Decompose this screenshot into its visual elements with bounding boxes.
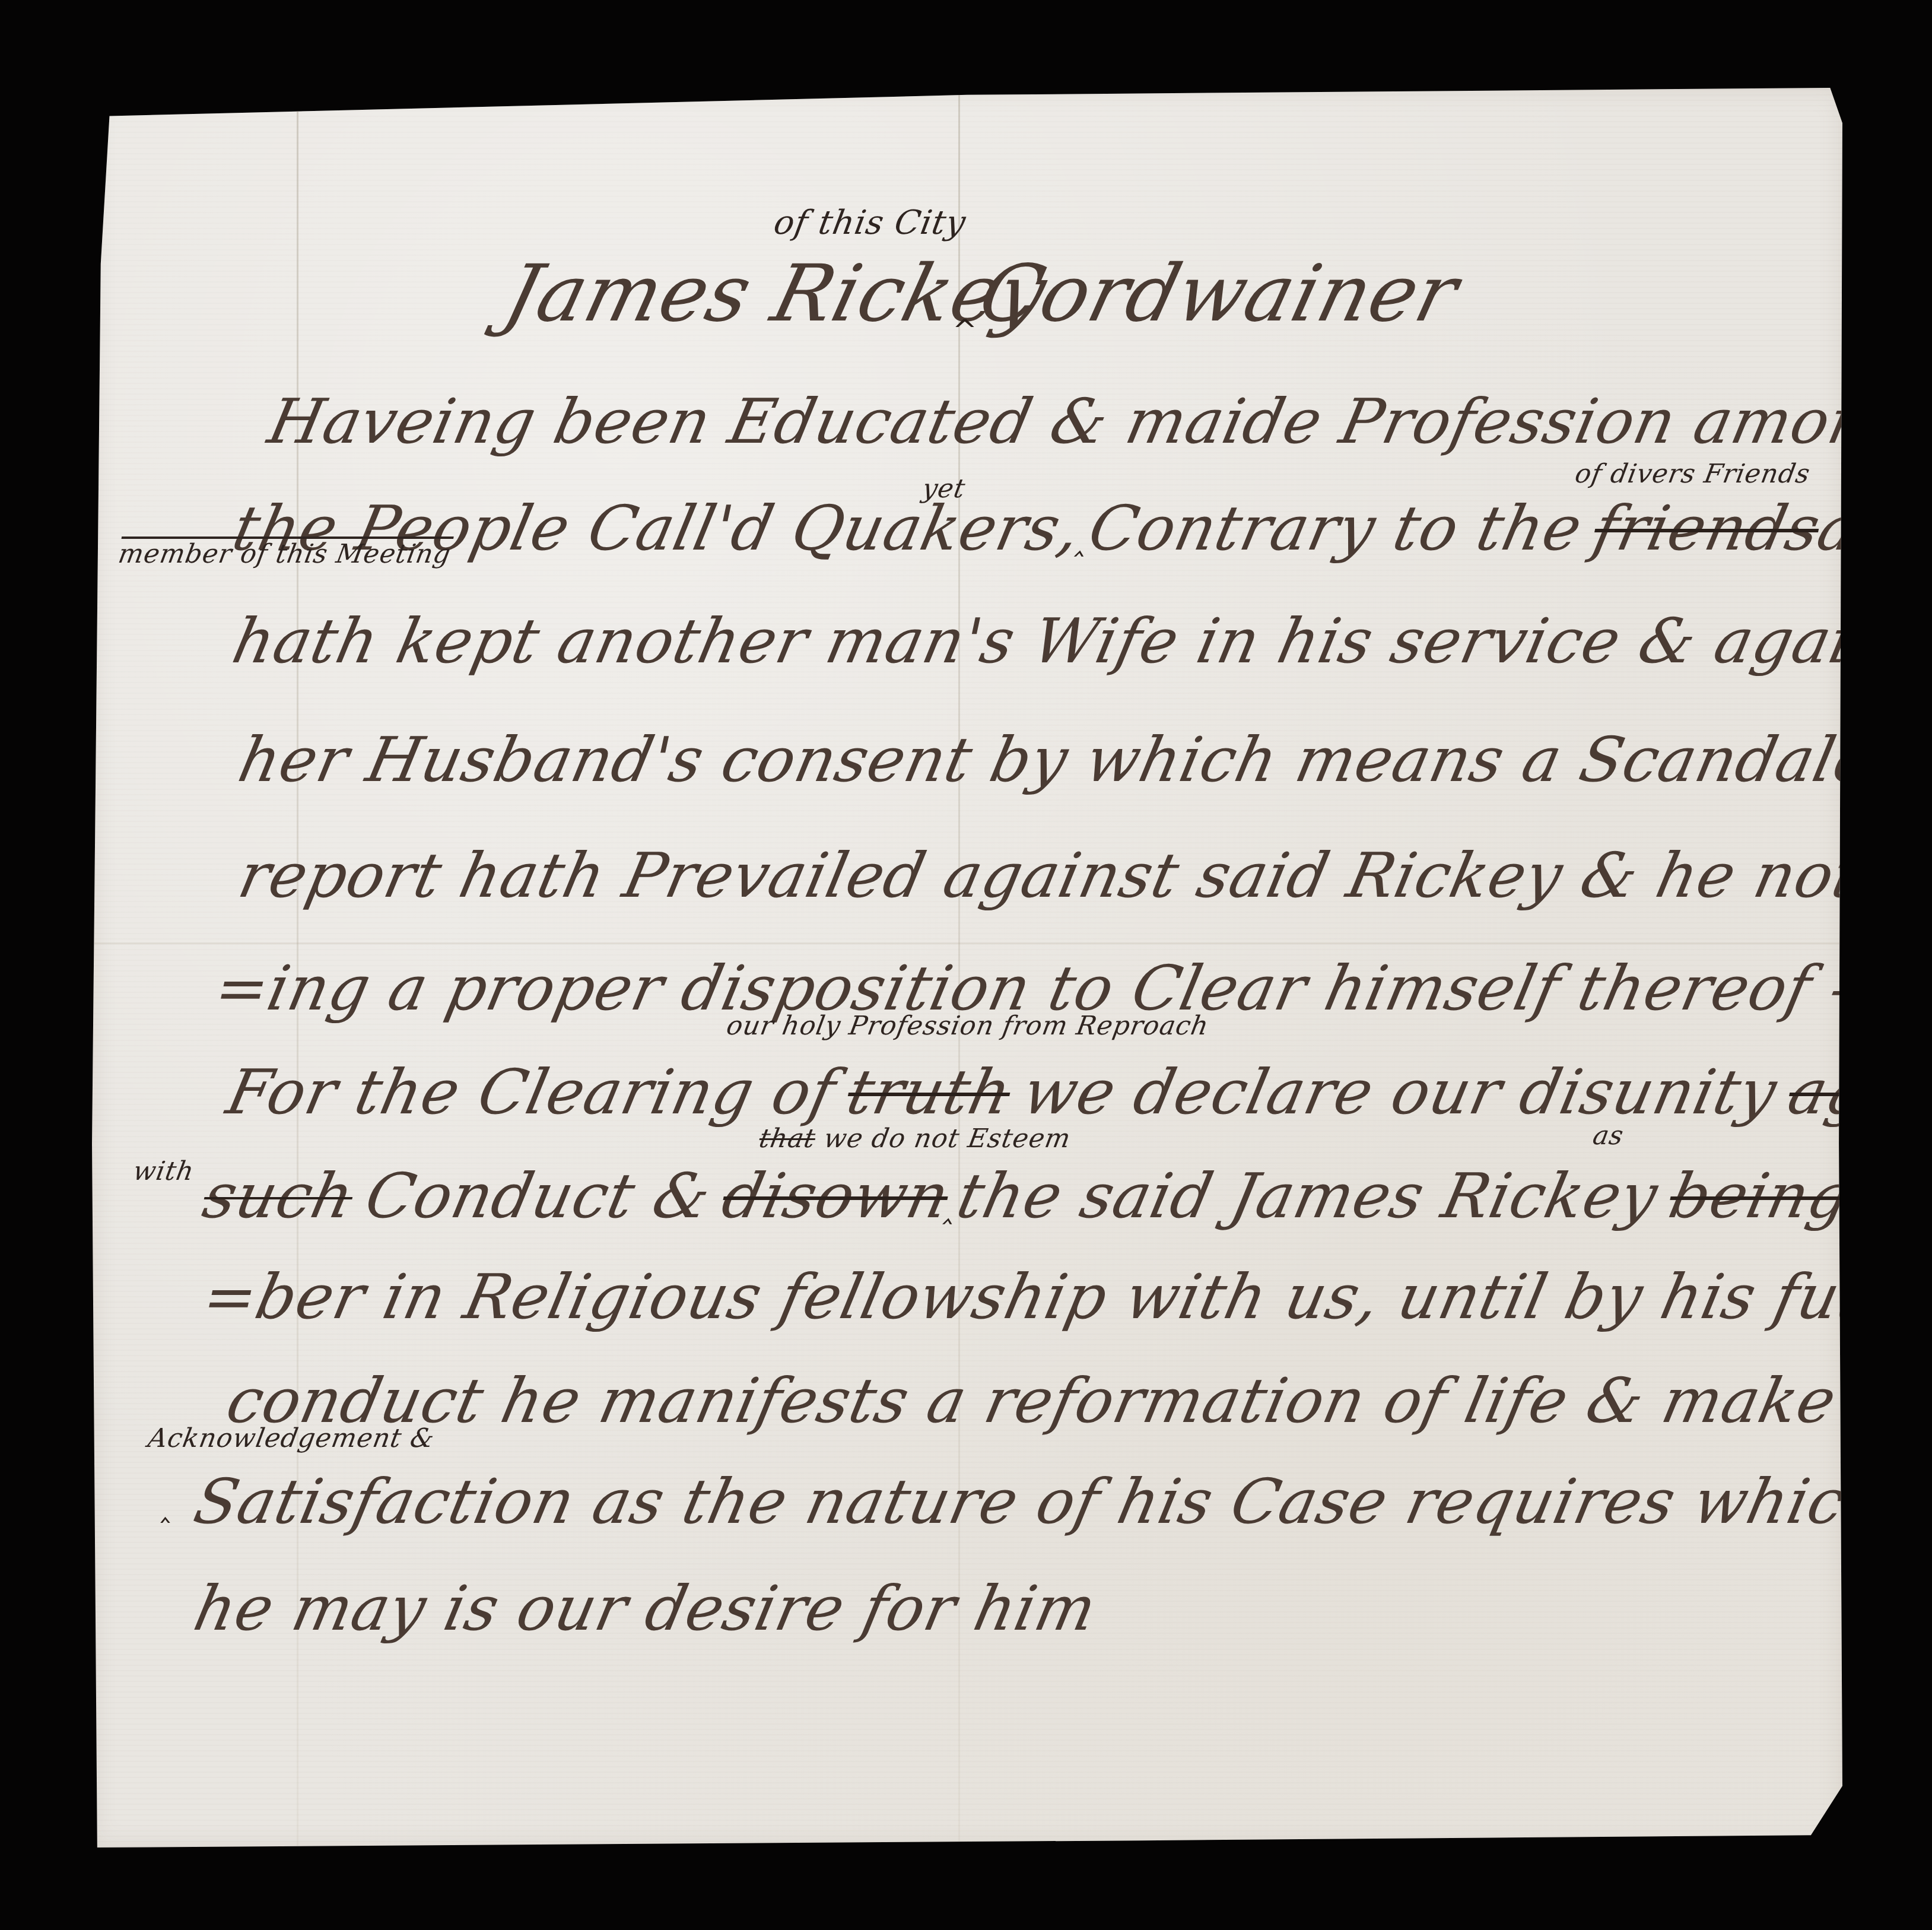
struck-insertion: that: [757, 1123, 818, 1154]
line-2-part-b: Contrary to the: [1083, 492, 1589, 564]
insertion-as: as: [1591, 1120, 1626, 1151]
line-8-part-b: the said James Rickey: [951, 1160, 1664, 1232]
text-line-7: For the Clearing oftruthwe declare our d…: [222, 1061, 1932, 1123]
text-line-10: conduct he manifests a reformation of li…: [222, 1370, 1932, 1431]
text-line-12: he may is our desire for him: [189, 1577, 1102, 1639]
heading-insertion: of this City: [771, 204, 969, 242]
insertion-we-do-not-esteem: we do not Esteem: [821, 1123, 1073, 1154]
line-8-part-a: Conduct &: [360, 1160, 717, 1232]
paper-fold-line: [92, 942, 1842, 944]
caret-mark: ‸: [160, 1488, 171, 1523]
struck-word: truth: [841, 1056, 1018, 1128]
margin-insertion-with: with: [131, 1156, 197, 1186]
text-line-8: suchConduct &disown‸the said James Ricke…: [198, 1165, 1932, 1227]
line-8-part-c: a mem=: [1841, 1160, 1932, 1232]
text-line-3: hath kept another man's Wife in his serv…: [228, 610, 1932, 672]
margin-insertion-acknowledgement: Acknowledgement &: [146, 1423, 437, 1453]
struck-word: friends: [1588, 492, 1827, 564]
insertion-that: that we do not Esteem: [757, 1123, 1073, 1154]
line-7-part-a: For the Clearing of: [221, 1056, 842, 1128]
struck-word: against: [1782, 1056, 1932, 1128]
text-line-9: =ber in Religious fellowship with us, un…: [198, 1266, 1932, 1328]
struck-word: being: [1663, 1160, 1857, 1232]
text-line-4: her Husband's consent by which means a S…: [234, 729, 1932, 791]
line-2-part-c: advice: [1812, 492, 1932, 564]
struck-word: disown: [716, 1160, 956, 1232]
struck-word: such: [197, 1160, 361, 1232]
margin-insertion-member: member of this Meeting: [116, 539, 454, 569]
insertion-of-divers-friends: of divers Friends: [1573, 459, 1813, 489]
insertion-our-holy-profession: our holy Profession from Reproach: [724, 1011, 1212, 1041]
line-7-part-b: we declare our disunity: [1017, 1056, 1784, 1128]
text-line-1: Haveing been Educated & maide Profession…: [263, 391, 1932, 452]
text-line-11: Satisfaction as the nature of his Case r…: [189, 1471, 1932, 1532]
manuscript-sheet: of this City James Rickey ^ Cordwainer H…: [92, 88, 1842, 1848]
text-line-5: report hath Prevailed against said Ricke…: [234, 845, 1932, 906]
heading-occupation: Cordwainer: [971, 248, 1467, 339]
text-line-6: =ing a proper disposition to Clear himse…: [210, 957, 1900, 1019]
text-line-2: the People Call'd Quakers,‸Contrary to t…: [228, 497, 1932, 559]
